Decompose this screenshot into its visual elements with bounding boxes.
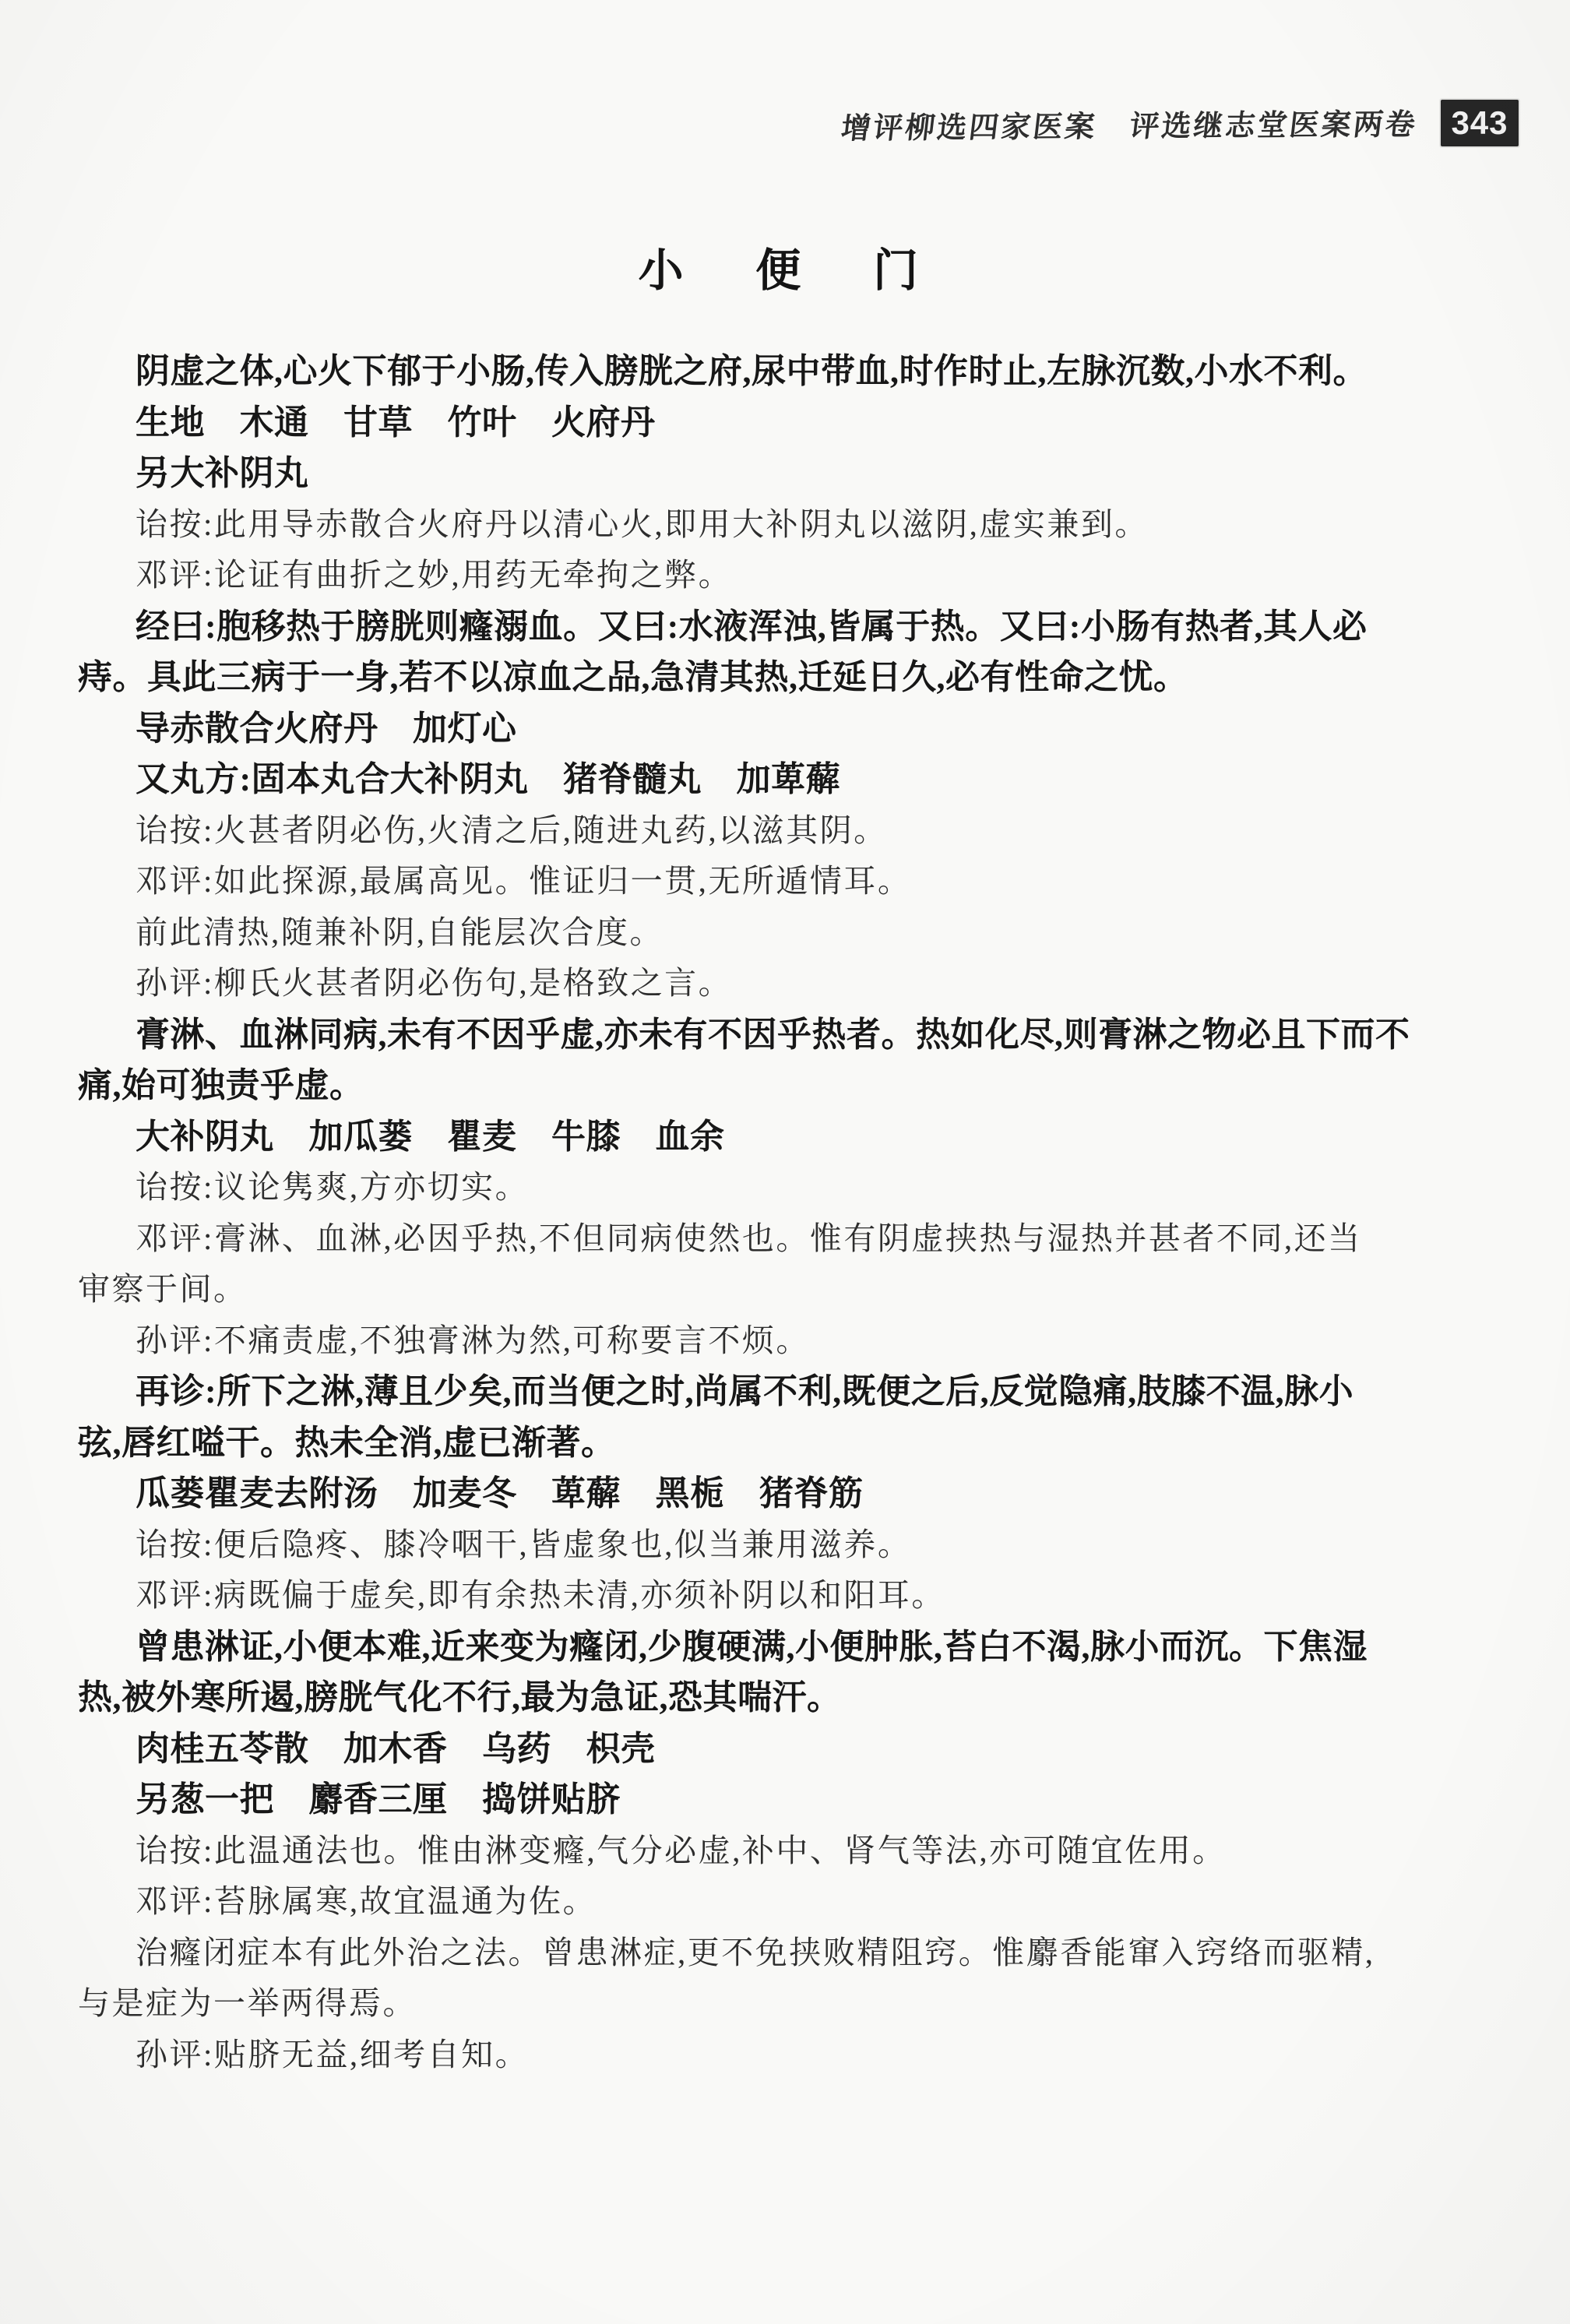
text-line: 孙评:贴脐无益,细考自知。 [78, 2030, 1520, 2081]
text-line: 另大补阴丸 [78, 448, 1520, 499]
text-line: 痔。具此三病于一身,若不以凉血之品,急清其热,迁延日久,必有性命之忧。 [78, 652, 1520, 703]
text-line: 诒按:火甚者阴必伤,火清之后,随进丸药,以滋其阴。 [78, 805, 1520, 857]
text-line: 瓜蒌瞿麦去附汤 加麦冬 萆薢 黑栀 猪脊筋 [78, 1468, 1520, 1519]
text-line: 膏淋、血淋同病,未有不因乎虚,亦未有不因乎热者。热如化尽,则膏淋之物必且下而不 [78, 1009, 1520, 1061]
text-line: 诒按:此用导赤散合火府丹以清心火,即用大补阴丸以滋阴,虚实兼到。 [78, 499, 1520, 551]
text-line: 孙评:不痛责虚,不独膏淋为然,可称要言不烦。 [78, 1315, 1520, 1367]
body-text: 阴虚之体,心火下郁于小肠,传入膀胱之府,尿中带血,时作时止,左脉沉数,小水不利。… [78, 346, 1520, 2080]
text-line: 诒按:便后隐疼、膝冷咽干,皆虚象也,似当兼用滋养。 [78, 1519, 1520, 1571]
section-title: 小 便 门 [0, 234, 1570, 299]
text-line: 又丸方:固本丸合大补阴丸 猪脊髓丸 加萆薢 [78, 754, 1520, 805]
book-page: 增评柳选四家医案 评选继志堂医案两卷 343 小 便 门 阴虚之体,心火下郁于小… [0, 0, 1570, 2324]
text-line: 曾患淋证,小便本难,近来变为癃闭,少腹硬满,小便肿胀,苔白不渴,脉小而沉。下焦湿 [78, 1622, 1520, 1673]
text-line: 弦,唇红嗌干。热未全消,虚已渐著。 [78, 1417, 1520, 1469]
page-number-badge: 343 [1441, 100, 1519, 146]
text-line: 邓评:如此探源,最属高见。惟证归一贯,无所遁情耳。 [78, 856, 1520, 907]
text-line: 痛,始可独责乎虚。 [78, 1060, 1520, 1111]
text-line: 另葱一把 麝香三厘 捣饼贴脐 [78, 1774, 1520, 1826]
book-title: 增评柳选四家医案 [839, 102, 1100, 146]
text-line: 肉桂五苓散 加木香 乌药 枳壳 [78, 1724, 1520, 1775]
text-line: 热,被外寒所遏,膀胱气化不行,最为急证,恐其喘汗。 [78, 1672, 1520, 1724]
text-line: 邓评:论证有曲折之妙,用药无牵拘之弊。 [78, 550, 1520, 601]
text-line: 前此清热,随兼补阴,自能层次合度。 [78, 907, 1520, 959]
text-line: 邓评:苔脉属寒,故宜温通为佐。 [78, 1876, 1520, 1928]
text-line: 治癃闭症本有此外治之法。曾患淋症,更不免挟败精阻窍。惟麝香能窜入窍络而驱精, [78, 1928, 1520, 1979]
text-line: 导赤散合火府丹 加灯心 [78, 703, 1520, 755]
text-line: 生地 木通 甘草 竹叶 火府丹 [78, 397, 1520, 449]
header-titles: 增评柳选四家医案 评选继志堂医案两卷 [839, 100, 1420, 146]
text-line: 诒按:议论隽爽,方亦切实。 [78, 1162, 1520, 1213]
running-header: 增评柳选四家医案 评选继志堂医案两卷 343 [0, 100, 1519, 146]
text-line: 大补阴丸 加瓜蒌 瞿麦 牛膝 血余 [78, 1111, 1520, 1163]
text-line: 邓评:病既偏于虚矣,即有余热未清,亦须补阴以和阳耳。 [78, 1570, 1520, 1622]
text-line: 孙评:柳氏火甚者阴必伤句,是格致之言。 [78, 958, 1520, 1009]
text-line: 诒按:此温通法也。惟由淋变癃,气分必虚,补中、肾气等法,亦可随宜佐用。 [78, 1826, 1520, 1877]
text-line: 阴虚之体,心火下郁于小肠,传入膀胱之府,尿中带血,时作时止,左脉沉数,小水不利。 [78, 346, 1520, 397]
volume-title: 评选继志堂医案两卷 [1128, 100, 1420, 145]
text-line: 再诊:所下之淋,薄且少矣,而当便之时,尚属不利,既便之后,反觉隐痛,肢膝不温,脉… [78, 1366, 1520, 1417]
text-line: 与是症为一举两得焉。 [78, 1978, 1520, 2030]
text-line: 邓评:膏淋、血淋,必因乎热,不但同病使然也。惟有阴虚挟热与湿热并甚者不同,还当 [78, 1213, 1520, 1265]
text-line: 审察于间。 [78, 1264, 1520, 1315]
text-line: 经曰:胞移热于膀胱则癃溺血。又曰:水液浑浊,皆属于热。又曰:小肠有热者,其人必 [78, 601, 1520, 653]
